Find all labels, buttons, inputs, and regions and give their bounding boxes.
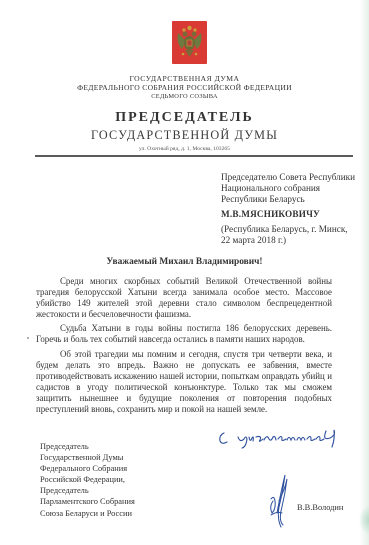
recipient-line: Республики Беларусь [221,194,355,205]
header-divider [35,155,353,157]
recipient-name: М.В.МЯСНИКОВИЧУ [221,209,355,220]
org-convocation: СЕДЬМОГО СОЗЫВА [0,93,369,100]
signer-name: В.В.Володин [297,503,343,512]
scan-speck [27,337,29,339]
letterhead-subtitle: ГОСУДАРСТВЕННОЙ ДУМЫ [0,128,369,143]
body-paragraph: Судьба Хатыни в годы войны постигла 186 … [36,323,332,345]
recipient-date: 22 марта 2018 г.) [221,235,355,246]
sender-title-line: Парламентского Собрания [40,496,135,507]
recipient-line: Председателю Совета Республики [221,172,355,183]
sender-title-line: Союза Беларуси и России [40,508,135,519]
body-paragraph: Среди многих скорбных событий Великой От… [36,276,332,320]
recipient-place: (Республика Беларусь, г. Минск, [221,224,355,235]
recipient-line: Национального собрания [221,183,355,194]
org-name-line1: ГОСУДАРСТВЕННАЯ ДУМА [0,74,369,83]
letter-page: ГОСУДАРСТВЕННАЯ ДУМА ФЕДЕРАЛЬНОГО СОБРАН… [0,0,369,545]
greeting: Уважаемый Михаил Владимирович! [0,257,369,267]
letterhead-title: ПРЕДСЕДАТЕЛЬ [0,110,369,126]
sender-title-line: Государственной Думы [40,452,135,463]
letterhead-address: ул. Охотный ряд, д. 1, Москва, 103265 [0,146,369,152]
recipient-block: Председателю Совета Республики Националь… [221,172,355,246]
page-edge-stain [359,505,369,535]
sender-title-line: Федерального Собрания [40,463,135,474]
letter-body: Среди многих скорбных событий Великой От… [36,276,332,418]
sender-title-line: Председатель [40,441,135,452]
russian-coat-of-arms-icon [172,21,207,64]
org-name-line2: ФЕДЕРАЛЬНОГО СОБРАНИЯ РОССИЙСКОЙ ФЕДЕРАЦ… [0,83,369,92]
handwritten-closing [216,427,341,454]
handwritten-signature [267,471,289,536]
sender-title-line: Российской Федерации, [40,474,135,485]
body-paragraph: Об этой трагедии мы помним и сегодня, сп… [36,349,332,416]
sender-title-line: Председатель [40,485,135,496]
sender-title-block: Председатель Государственной Думы Федера… [40,441,135,519]
